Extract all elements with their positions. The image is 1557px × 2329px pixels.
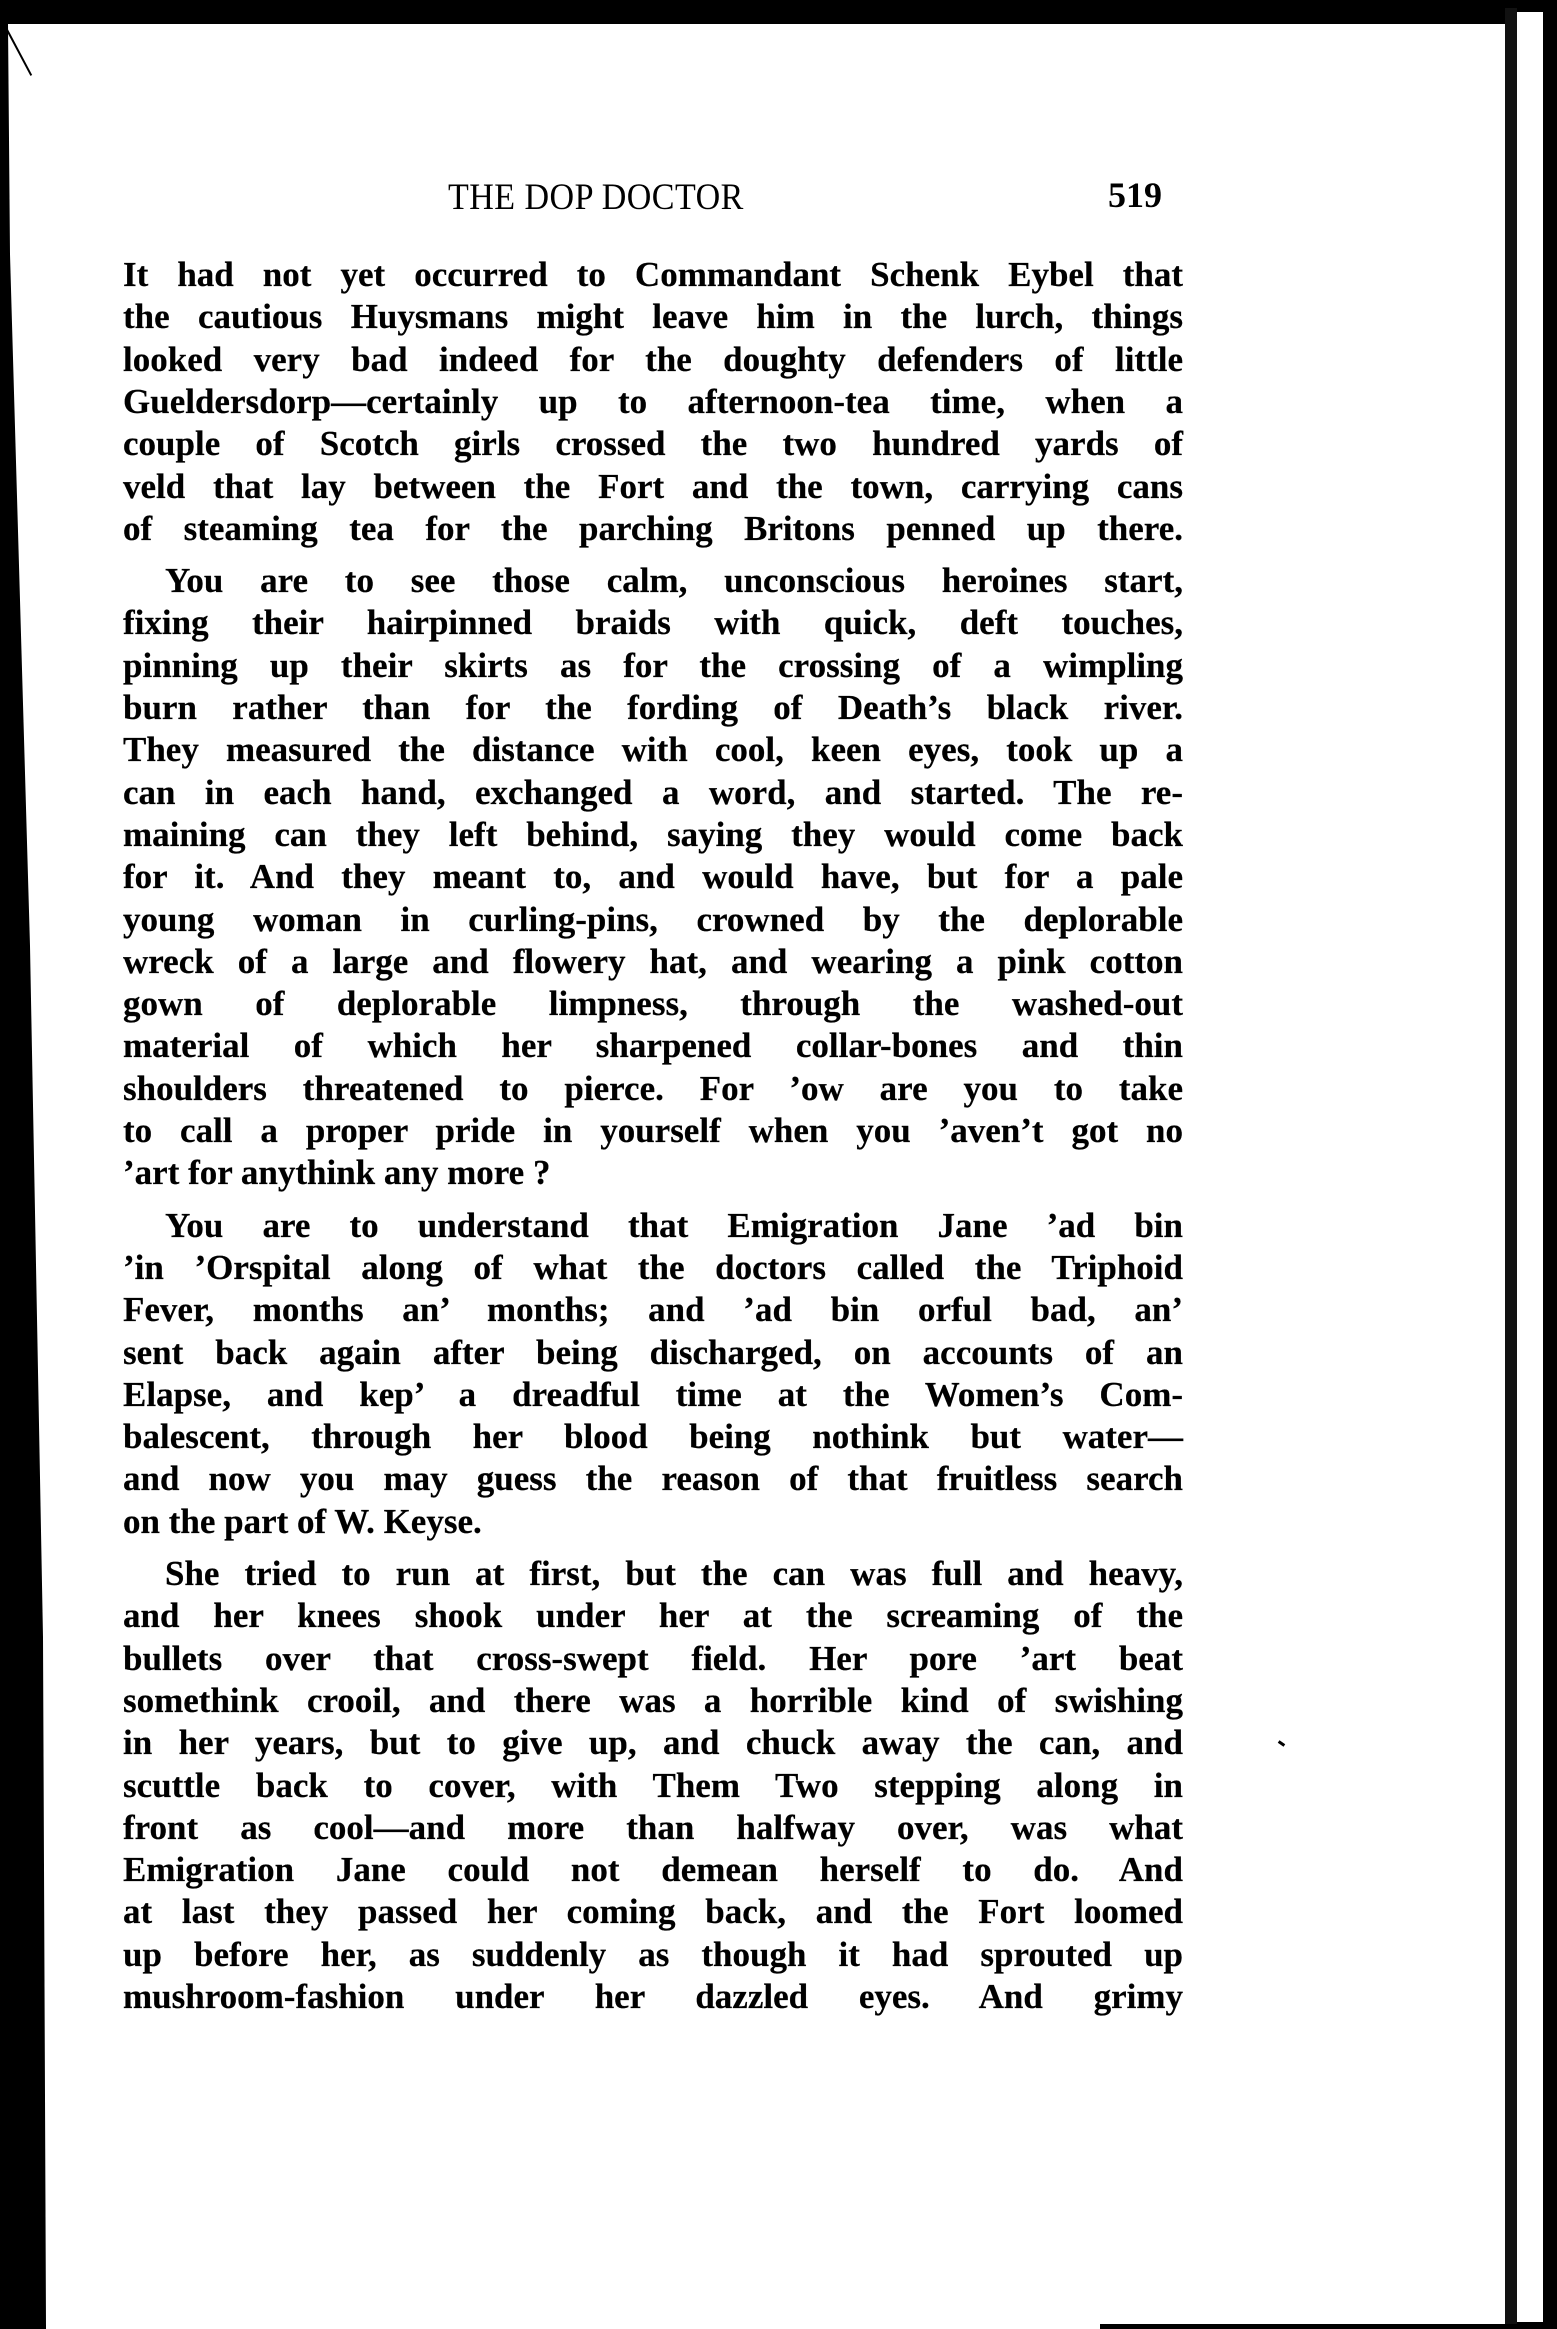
text-line: She tried to run at first, but the can w… bbox=[123, 1553, 1183, 1595]
text-line: somethink crooil, and there was a horrib… bbox=[123, 1680, 1183, 1722]
page-edge-shadow bbox=[1505, 8, 1517, 2329]
text-line: gown of deplorable limpness, through the… bbox=[123, 983, 1183, 1025]
text-line: looked very bad indeed for the doughty d… bbox=[123, 339, 1183, 381]
text-line: couple of Scotch girls crossed the two h… bbox=[123, 423, 1183, 465]
text-line: You are to see those calm, unconscious h… bbox=[123, 560, 1183, 602]
text-line: to call a proper pride in yourself when … bbox=[123, 1110, 1183, 1152]
text-line: and her knees shook under her at the scr… bbox=[123, 1595, 1183, 1637]
text-line: maining can they left behind, saying the… bbox=[123, 814, 1183, 856]
text-line: scuttle back to cover, with Them Two ste… bbox=[123, 1765, 1183, 1807]
text-line: You are to understand that Emigration Ja… bbox=[123, 1205, 1183, 1247]
page-edge-strip bbox=[1517, 12, 1543, 2322]
text-line: ’art for anythink any more ? bbox=[123, 1152, 1183, 1194]
text-line: mushroom-fashion under her dazzled eyes.… bbox=[123, 1976, 1183, 2018]
text-line: It had not yet occurred to Commandant Sc… bbox=[123, 254, 1183, 296]
scan-right-border bbox=[1543, 0, 1557, 2329]
text-line: Fever, months an’ months; and ’ad bin or… bbox=[123, 1289, 1183, 1331]
text-line: Elapse, and kep’ a dreadful time at the … bbox=[123, 1374, 1183, 1416]
text-line: of steaming tea for the parching Britons… bbox=[123, 508, 1183, 550]
text-line: up before her, as suddenly as though it … bbox=[123, 1934, 1183, 1976]
text-line: Emigration Jane could not demean herself… bbox=[123, 1849, 1183, 1891]
text-line: and now you may guess the reason of that… bbox=[123, 1458, 1183, 1500]
text-line: at last they passed her coming back, and… bbox=[123, 1891, 1183, 1933]
text-line: burn rather than for the fording of Deat… bbox=[123, 687, 1183, 729]
text-line: material of which her sharpened collar-b… bbox=[123, 1025, 1183, 1067]
text-line: veld that lay between the Fort and the t… bbox=[123, 466, 1183, 508]
running-head-title: THE DOP DOCTOR bbox=[448, 176, 779, 219]
text-line: bullets over that cross-swept field. Her… bbox=[123, 1638, 1183, 1680]
scan-top-border bbox=[0, 0, 1557, 24]
text-line: They measured the distance with cool, ke… bbox=[123, 729, 1183, 771]
text-line: balescent, through her blood being nothi… bbox=[123, 1416, 1183, 1458]
text-line: wreck of a large and flowery hat, and we… bbox=[123, 941, 1183, 983]
text-line: in her years, but to give up, and chuck … bbox=[123, 1722, 1183, 1764]
text-line: fixing their hairpinned braids with quic… bbox=[123, 602, 1183, 644]
text-line: ’in ’Orspital along of what the doctors … bbox=[123, 1247, 1183, 1289]
page-number: 519 bbox=[1108, 174, 1162, 216]
text-line: front as cool—and more than halfway over… bbox=[123, 1807, 1183, 1849]
text-line: the cautious Huysmans might leave him in… bbox=[123, 296, 1183, 338]
text-line: shoulders threatened to pierce. For ’ow … bbox=[123, 1068, 1183, 1110]
text-line: can in each hand, exchanged a word, and … bbox=[123, 772, 1183, 814]
text-line: young woman in curling-pins, crowned by … bbox=[123, 899, 1183, 941]
text-line: on the part of W. Keyse. bbox=[123, 1501, 1183, 1543]
text-line: pinning up their skirts as for the cross… bbox=[123, 645, 1183, 687]
text-line: for it. And they meant to, and would hav… bbox=[123, 856, 1183, 898]
scan-bottom-edge bbox=[1100, 2324, 1520, 2329]
text-line: sent back again after being discharged, … bbox=[123, 1332, 1183, 1374]
text-line: Gueldersdorp—certainly up to afternoon-t… bbox=[123, 381, 1183, 423]
